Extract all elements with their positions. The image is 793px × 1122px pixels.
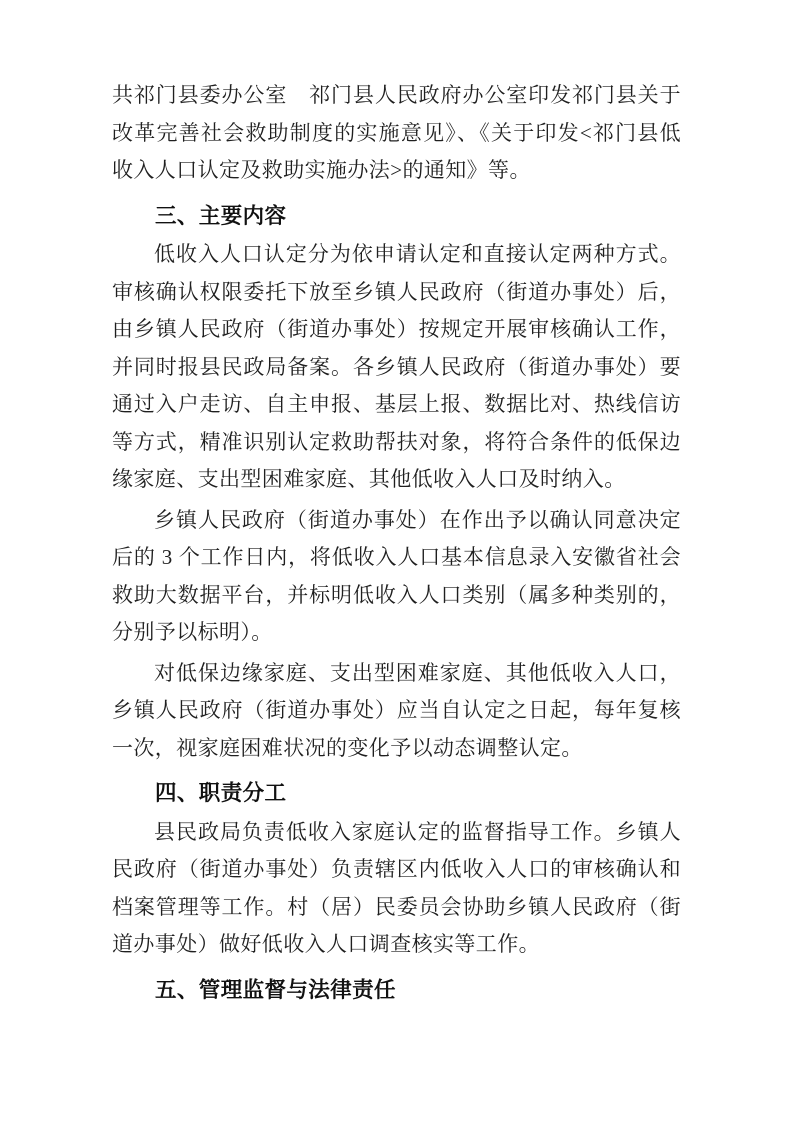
section-3-paragraph-2: 乡镇人民政府（街道办事处）在作出予以确认同意决定后的 3 个工作日内，将低收入人… (112, 502, 681, 652)
section-4-heading: 四、职责分工 (112, 775, 681, 813)
section-3-heading: 三、主要内容 (112, 198, 681, 236)
document-body: 共祁门县委办公室 祁门县人民政府办公室印发祁门县关于改革完善社会救助制度的实施意… (112, 77, 681, 1009)
document-page: 共祁门县委办公室 祁门县人民政府办公室印发祁门县关于改革完善社会救助制度的实施意… (0, 0, 793, 1122)
section-4-paragraph-1: 县民政局负责低收入家庭认定的监督指导工作。乡镇人民政府（街道办事处）负责辖区内低… (112, 814, 681, 964)
section-3-paragraph-1: 低收入人口认定分为依申请认定和直接认定两种方式。审核确认权限委托下放至乡镇人民政… (112, 236, 681, 499)
continued-paragraph: 共祁门县委办公室 祁门县人民政府办公室印发祁门县关于改革完善社会救助制度的实施意… (112, 77, 681, 190)
section-5-heading: 五、管理监督与法律责任 (112, 972, 681, 1010)
section-3-paragraph-3: 对低保边缘家庭、支出型困难家庭、其他低收入人口，乡镇人民政府（街道办事处）应当自… (112, 655, 681, 768)
